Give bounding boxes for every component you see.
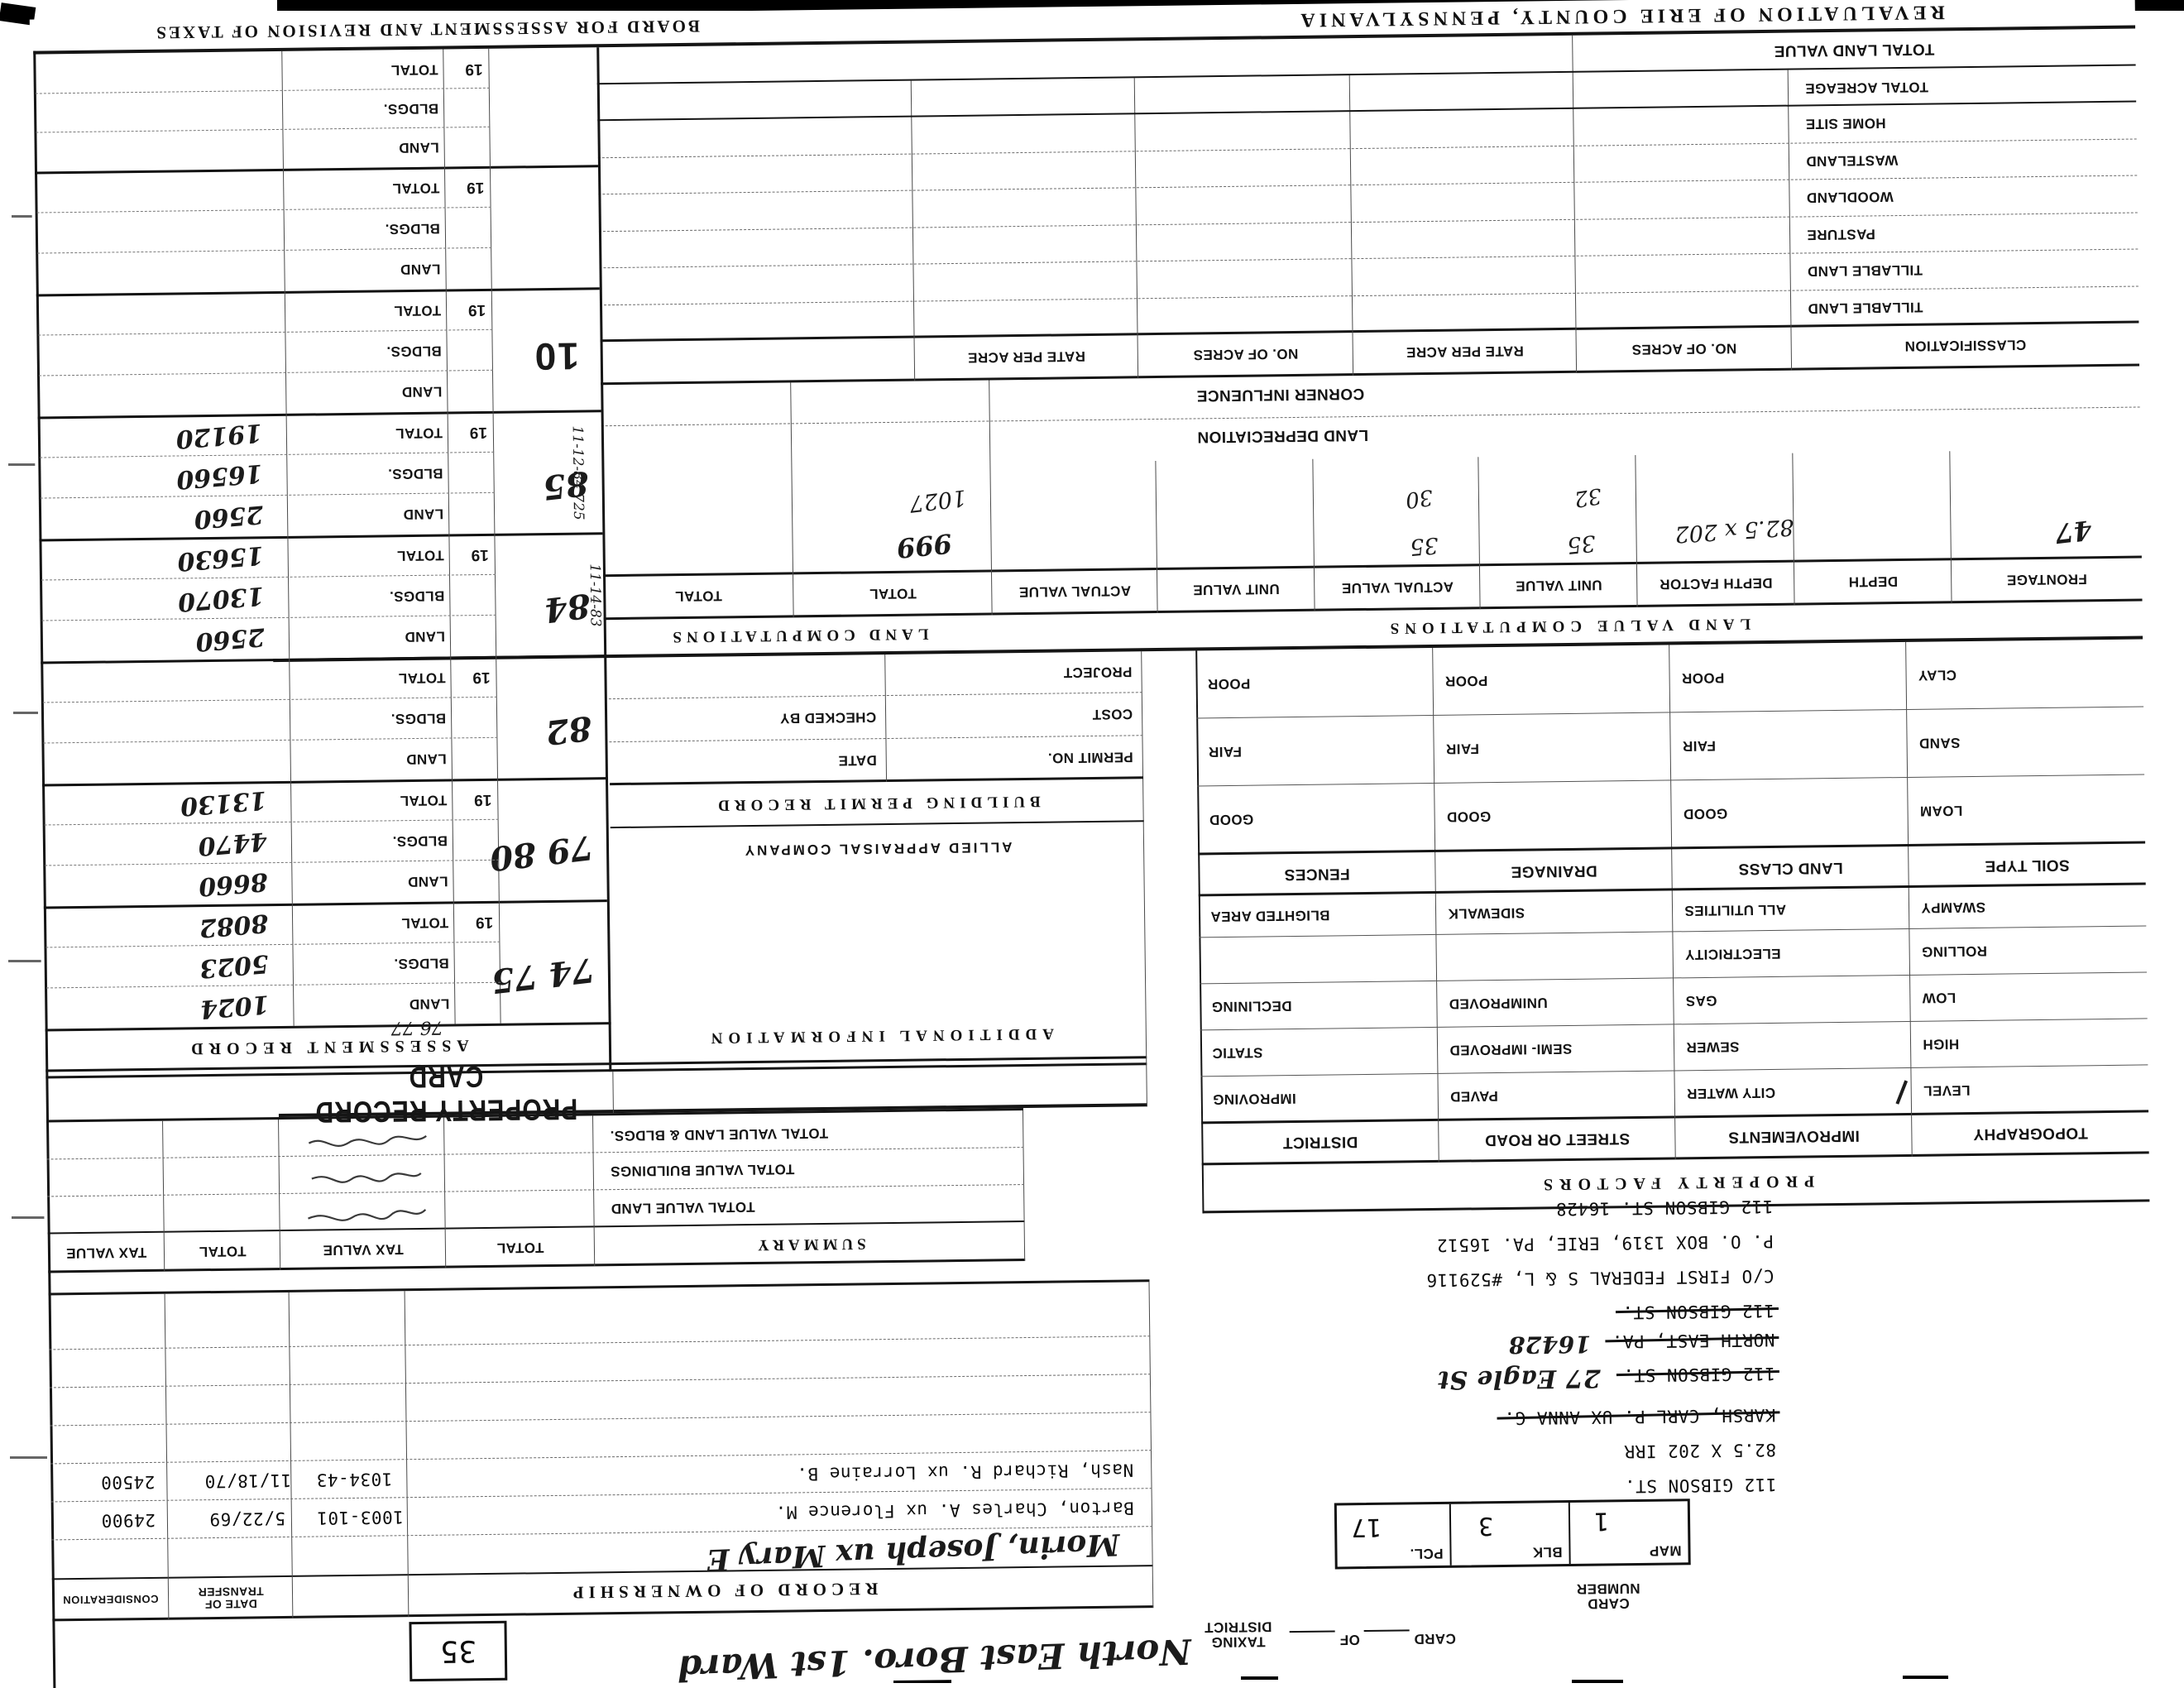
property-info-line: 112 GIBSON ST. [1624,1475,1776,1496]
project-label: PROJECT [1063,664,1132,680]
option-label: LOAM [1919,803,1962,818]
stamp-35-box: 35 [409,1621,507,1681]
handwritten-unit-value: 32 [1573,482,1603,511]
bldgs-label: BLDGS. [386,343,442,359]
total-label: TOTAL [394,303,441,319]
card-of-blank [1364,1630,1410,1647]
year-prefix: 19 [468,300,486,319]
handwritten-total: 1027 [908,484,968,516]
divider [165,1294,170,1620]
total-label: TOTAL [397,548,444,563]
handwritten-zip: 16428 [1508,1331,1591,1359]
street-option: SIDEWALK [1436,890,1674,933]
additional-information-header: ADDITIONAL INFORMATION [613,1015,1147,1055]
handwritten-actual-value: 30 [1404,484,1434,512]
assessment-block: 84 11-14-83 LAND2560 BLDGS.13070 19TOTAL… [39,532,604,661]
stamp-10: 10 [533,334,579,380]
handwritten-actual-value: 35 [1409,532,1439,560]
map-blk-pcl-band: MAP 1 BLK 3 PCL. 17 [1334,1499,1691,1569]
property-info-block: 112 GIBSON ST. 82.5 X 202 IRR KARSH, CAR… [1152,1180,1785,1502]
land-label: LAND [403,506,443,521]
topography-option: SWAMPY [1909,885,2147,927]
property-info-line: C/O FIRST FEDERAL S & L, #529116 [1426,1266,1774,1290]
handwriting-scribble [305,1127,429,1150]
stamp-35-value: 35 [439,1634,477,1669]
fences-option: POOR [1195,648,1434,717]
improvements-option: ALL UTILITIES [1673,888,1910,930]
classification-row-label: TILLABLE LAND [1808,260,2138,279]
option-label: GOOD [1447,808,1492,823]
divider [289,1292,294,1618]
option-label: ELECTRICITY [1685,946,1781,961]
divider [1569,1503,1571,1564]
owner-name: Barton, Charles A. ux Florence M. [775,1498,1134,1522]
classification-row-label: WOODLAND [1806,186,2137,205]
assessed-total-value: 13130 [180,785,268,821]
street-option: SEMI- IMPROVED [1438,1024,1675,1072]
year-prefix: 19 [476,913,493,931]
fences-option: FAIR [1196,716,1434,785]
care-of-line: C/O FIRST FEDERAL S & L, #529116 [1426,1266,1774,1290]
fences-option: GOOD [1197,784,1435,853]
land-label: LAND [405,629,445,644]
scanned-property-card-page: 1 REVALUATION OF ERIE COUNTY, PENNSYLVAN… [0,0,2184,1688]
total-label: TOTAL [395,425,443,441]
bldgs-label: BLDGS. [385,221,440,237]
assessed-land-value: 2560 [193,499,264,534]
card-number-label-line1: CARD [1588,1595,1630,1610]
assessed-bldgs-value: 16560 [175,458,264,494]
permit-row: COST CHECKED BY [609,693,1143,742]
scan-edge-dash [1572,1680,1623,1683]
land-depreciation-label: LAND DEPRECIATION [1197,423,1561,445]
handwritten-date-note: 11-14-83 [587,563,604,627]
former-address-struck: 112 GIBSON ST. [1623,1364,1775,1385]
street-option [1436,932,1674,979]
lot-dimensions: 82.5 X 202 IRR [1624,1440,1776,1461]
pcl-label: PCL. [1410,1546,1444,1561]
handwriting-scribble [309,1163,424,1187]
checked-by-label: CHECKED BY [780,709,877,725]
soil-option: LOAM [1908,774,2145,843]
unit-value-header: UNIT VALUE [1480,564,1638,607]
classification-row-label: TILLABLE LAND [1808,297,2138,316]
transfer-date: 11/18/70 [204,1470,291,1491]
assessment-block: 79 80 LAND8660 BLDGS.4470 19TOTAL13130 [42,777,607,906]
unit-value-header: UNIT VALUE [1157,568,1315,611]
assessed-land-value: 1024 [199,989,271,1024]
assessed-bldgs-value: 4470 [197,826,268,861]
no-of-acres-header: NO. OF ACRES [1138,333,1354,376]
street-or-road-header: STREET OR ROAD [1439,1118,1676,1159]
date-label: DATE [838,752,877,767]
soil-option: CLAY [1906,639,2143,707]
card-number-label-line2: NUMBER [1576,1580,1640,1596]
street-option: PAVED [1438,1071,1675,1118]
date-of-transfer-line2: TRANSFER [198,1585,264,1599]
divider [47,1184,1024,1196]
scan-edge-dash [1241,1676,1278,1680]
option-label: IMPROVING [1213,1091,1296,1106]
card-of-card-label: CARD [1414,1631,1456,1647]
owner-name: Nash, Richard R. ux Lorraine B. [797,1460,1134,1484]
pcl-value: 17 [1351,1513,1382,1542]
handwriting-scribble [304,1201,429,1225]
option-label: SEMI- IMPROVED [1449,1041,1572,1057]
total-label: TOTAL [392,180,439,196]
handwritten-frontage: 47 [2053,514,2094,549]
taxing-district-line1: TAXING [1211,1634,1266,1650]
option-label: CITY WATER [1687,1085,1775,1101]
assessment-block: LAND BLDGS. 19TOTAL [35,165,600,294]
topography-option: LOW [1910,972,2148,1019]
divider [601,406,2140,426]
consideration-value: 24500 [100,1472,155,1493]
assessment-block: 82 LAND BLDGS. 19TOTAL [41,655,606,784]
option-label: SEWER [1686,1039,1740,1055]
taxing-district-line2: DISTRICT [1205,1619,1272,1635]
summary-total2-header: TOTAL [165,1233,281,1269]
handwritten-depth: 82.5 x 202 [1674,514,1795,547]
improvements-option: CITY WATER [1674,1068,1912,1115]
classification-header: CLASSIFICATION [1791,323,2139,367]
property-record-card: REVALUATION OF ERIE COUNTY, PENNSYLVANIA… [30,0,2155,1688]
property-info-line: 112 GIBSON ST. [1622,1301,1774,1322]
assessment-block: LAND BLDGS. 19TOTAL [33,47,598,171]
bldgs-label: BLDGS. [390,588,445,604]
total-label: TOTAL [401,915,448,931]
consideration-header: CONSIDERATION [52,1580,170,1618]
option-label: SIDEWALK [1448,905,1525,921]
option-label: SAND [1918,735,1960,750]
card-of-blank [1290,1631,1335,1648]
improvements-option: GAS [1674,976,1911,1023]
assessed-bldgs-value: 5023 [199,948,270,983]
summary-row-label: TOTAL VALUE LAND & BLDGS. [610,1123,1007,1143]
district-option: BLIGHTED AREA [1199,894,1437,937]
street-option: UNIMPROVED [1437,978,1674,1025]
bldgs-label: BLDGS. [394,956,449,971]
district-option: STATIC [1200,1028,1439,1076]
handwritten-year: 84 [542,586,592,630]
actual-value-header: ACTUAL VALUE [992,570,1158,612]
divider [49,1336,1150,1350]
property-info-line: KARSH, CARL P. UX ANNA G. [1504,1405,1776,1428]
property-info-line: NORTH EAST, PA. 16428 [1508,1328,1775,1359]
po-box-line: P. O. BOX 1319, ERIE, PA. 16512 [1436,1231,1774,1255]
land-label: LAND [409,996,449,1011]
option-label: POOR [1208,676,1251,691]
cost-label: COST [1092,707,1133,722]
building-permit-title: BUILDING PERMIT RECORD [610,782,1143,823]
handwritten-total: 999 [895,527,953,563]
land-label: LAND [401,384,442,399]
land-computations-title: LAND COMPUTATIONS [604,616,993,653]
property-info-line: 112 GIBSON ST. 27 Eagle St [1437,1361,1775,1394]
blk-label: BLK [1532,1544,1562,1559]
property-info-line: P. O. BOX 1319, ERIE, PA. 16512 [1436,1231,1774,1255]
total-header: TOTAL [603,574,794,617]
soil-row: SAND FAIR FAIR FAIR [1196,706,2144,784]
check-mark [1895,1080,1908,1104]
option-label: LEVEL [1923,1082,1971,1098]
option-label: CLAY [1918,667,1956,682]
year-prefix: 19 [472,668,490,686]
summary-total-header: TOTAL [446,1229,595,1265]
appraisal-company: ALLIED APPRAISAL COMPANY [611,830,1144,866]
footer-title-right: BOARD FOR ASSESSMENT AND REVISION OF TAX… [154,16,700,43]
divider [405,1291,409,1617]
land-label: LAND [406,751,447,766]
classification-row-label: HOME SITE [1805,113,2136,132]
land-class-option: FAIR [1670,710,1908,779]
total-header: TOTAL [793,572,993,615]
permit-row: PROJECT [608,651,1142,699]
assessed-total-value: 19120 [175,418,263,453]
soil-row: CLAY POOR POOR POOR [1195,639,2143,717]
classification-row-label: WASTELAND [1806,150,2137,169]
rate-per-acre-header: RATE PER ACRE [1353,330,1577,373]
card-of-of-label: OF [1339,1632,1360,1647]
divider [1449,1504,1452,1566]
date-of-transfer-header: DATE OF TRANSFER [170,1579,292,1617]
option-label: PAVED [1450,1088,1498,1104]
bldgs-label: BLDGS. [390,711,446,727]
drainage-header: DRAINAGE [1435,850,1673,890]
divider [1572,36,1577,373]
map-value: 1 [1593,1506,1609,1535]
handwritten-year: 74 75 [489,950,596,1000]
divider [1148,1282,1153,1608]
transfer-date: 5/22/69 [209,1508,285,1529]
divider [50,1374,1151,1388]
appraisal-company-name: ALLIED APPRAISAL COMPANY [743,839,1013,857]
land-label: LAND [399,140,439,155]
summary-row-label: TOTAL VALUE BUILDINGS [611,1158,1008,1178]
former-town-struck: NORTH EAST, PA. [1612,1330,1774,1351]
year-prefix: 19 [467,178,484,196]
soil-row: LOAM GOOD GOOD GOOD [1197,774,2145,852]
scan-edge-dash [1903,1676,1948,1679]
corner-influence-label: CORNER INFLUENCE [1196,381,1560,404]
district-option: IMPROVING [1200,1074,1439,1122]
option-label: DECLINING [1211,998,1291,1014]
topography-option: ROLLING [1909,926,2147,973]
land-class-option: GOOD [1671,778,1909,846]
option-label: GOOD [1209,812,1254,827]
option-label: GAS [1685,993,1717,1008]
drainage-option: GOOD [1434,780,1672,849]
assessed-bldgs-value: 13070 [177,581,266,616]
assessed-total-value: 15630 [176,540,265,576]
former-owner-struck: KARSH, CARL P. UX ANNA G. [1504,1405,1776,1428]
option-label: HIGH [1923,1036,1959,1051]
taxing-district-handwritten: North East Boro. 1st Ward [677,1631,1192,1688]
date-of-transfer-line1: DATE OF [204,1597,256,1609]
soil-option: SAND [1907,707,2144,775]
handwritten-unit-value: 35 [1566,530,1597,558]
blk-value: 3 [1478,1511,1493,1540]
improvements-option: SEWER [1674,1022,1912,1069]
handwritten-date-note: 11-12-84 725 [569,425,587,520]
option-label: GOOD [1683,806,1728,821]
option-label: ROLLING [1922,943,1988,959]
topography-option: LEVEL [1911,1065,2148,1112]
taxing-district-label: TAXING DISTRICT [1188,1613,1288,1655]
district-option [1199,935,1437,983]
consideration-value: 24900 [101,1510,156,1531]
card-title-box: PROPERTY RECORD CARD [278,1072,614,1114]
divider [49,1279,1150,1295]
option-label: SWAMPY [1921,899,1985,915]
option-label: FAIR [1683,738,1717,753]
summary-header: SUMMARY [595,1224,1025,1264]
scan-edge-dash [10,1456,48,1459]
option-label: UNIMPROVED [1449,995,1547,1010]
frontage-header: FRONTAGE [1952,558,2143,601]
year-prefix: 19 [470,423,487,441]
bldgs-label: BLDGS. [388,466,443,482]
total-label: TOTAL [400,793,447,808]
summary-taxvalue-header: TAX VALUE [280,1231,446,1268]
divider [612,1072,614,1113]
depth-factor-header: DEPTH FACTOR [1637,563,1795,605]
assessed-land-value: 2560 [194,621,266,656]
drainage-option: POOR [1433,645,1670,713]
option-label: ALL UTILITIES [1684,902,1786,918]
option-label: FAIR [1446,741,1480,755]
divider [50,1412,1152,1426]
improvements-header: IMPROVEMENTS [1675,1115,1913,1157]
handwritten-new-address: 27 Eagle St [1437,1364,1601,1394]
option-label: LOW [1922,990,1956,1005]
option-label: FAIR [1209,744,1243,759]
total-land-value-label: TOTAL LAND VALUE [1573,32,2135,67]
depth-header: DEPTH [1794,560,1952,602]
assessment-block: 10 LAND BLDGS. 19TOTAL [36,287,601,416]
divider [47,1147,1024,1159]
bldgs-label: BLDGS. [383,101,438,117]
actual-value-header: ACTUAL VALUE [1315,566,1481,608]
land-class-option: POOR [1669,642,1907,711]
assessment-block: 74 75 76 77 LAND1024 BLDGS.5023 19TOTAL8… [44,899,609,1029]
year-prefix: 19 [471,545,488,563]
card-of-line: CARD OF [1266,1629,1456,1648]
total-acreage-label: TOTAL ACREAGE [1805,77,2136,96]
land-label: LAND [400,261,441,276]
total-label: TOTAL [390,62,438,78]
no-of-acres-header: NO. OF ACRES [1576,328,1792,371]
former-address2-struck: 112 GIBSON ST. [1622,1301,1774,1322]
rate-per-acre-header: RATE PER ACRE [915,335,1139,378]
total-label: TOTAL [398,670,445,686]
property-info-line: 82.5 X 202 IRR [1624,1440,1776,1461]
district-option: DECLINING [1200,981,1438,1029]
option-label: BLIGHTED AREA [1210,908,1330,924]
property-address: 112 GIBSON ST. [1624,1475,1776,1496]
bldgs-label: BLDGS. [392,833,448,849]
option-label: POOR [1445,673,1488,688]
drainage-option: FAIR [1434,712,1671,781]
option-label: POOR [1682,670,1725,685]
land-class-header: LAND CLASS [1672,847,1909,888]
topography-header: TOPOGRAPHY [1912,1112,2149,1153]
option-label: STATIC [1212,1045,1262,1061]
year-prefix: 19 [474,790,491,808]
classification-headers: CLASSIFICATION NO. OF ACRES RATE PER ACR… [915,323,2139,378]
permit-row: PERMIT NO. DATE [609,736,1143,785]
handwritten-year: 82 [544,708,594,752]
footer-title-left: REVALUATION OF ERIE COUNTY, PENNSYLVANIA [1296,0,1945,31]
land-label: LAND [408,874,448,889]
topography-option: HIGH [1911,1019,2148,1066]
classification-row-label: PASTURE [1807,223,2138,242]
assessment-block: 85 11-12-84 725 LAND2560 BLDGS.16560 19T… [38,410,603,539]
deed-book-page: 1003-101 [317,1507,404,1527]
map-label: MAP [1649,1543,1681,1558]
handwritten-year: 79 80 [488,827,596,878]
summary-taxvalue2-header: TAX VALUE [48,1235,165,1271]
assessed-total-value: 8082 [198,908,269,942]
district-header: DISTRICT [1201,1121,1439,1163]
assessment-record-title: ASSESSMENT RECORD [45,1025,609,1068]
card-number-label: CARD NUMBER [1559,1574,1659,1618]
improvements-option: ELECTRICITY [1673,929,1910,976]
soil-type-header: SOIL TYPE [1909,844,2146,885]
deed-book-page: 1034-43 [316,1469,392,1489]
year-prefix: 19 [465,60,482,78]
fences-header: FENCES [1198,853,1436,894]
permit-no-label: PERMIT NO. [1047,750,1133,765]
assessed-land-value: 8660 [198,866,269,901]
summary-row-label: TOTAL VALUE LAND [611,1196,1008,1216]
